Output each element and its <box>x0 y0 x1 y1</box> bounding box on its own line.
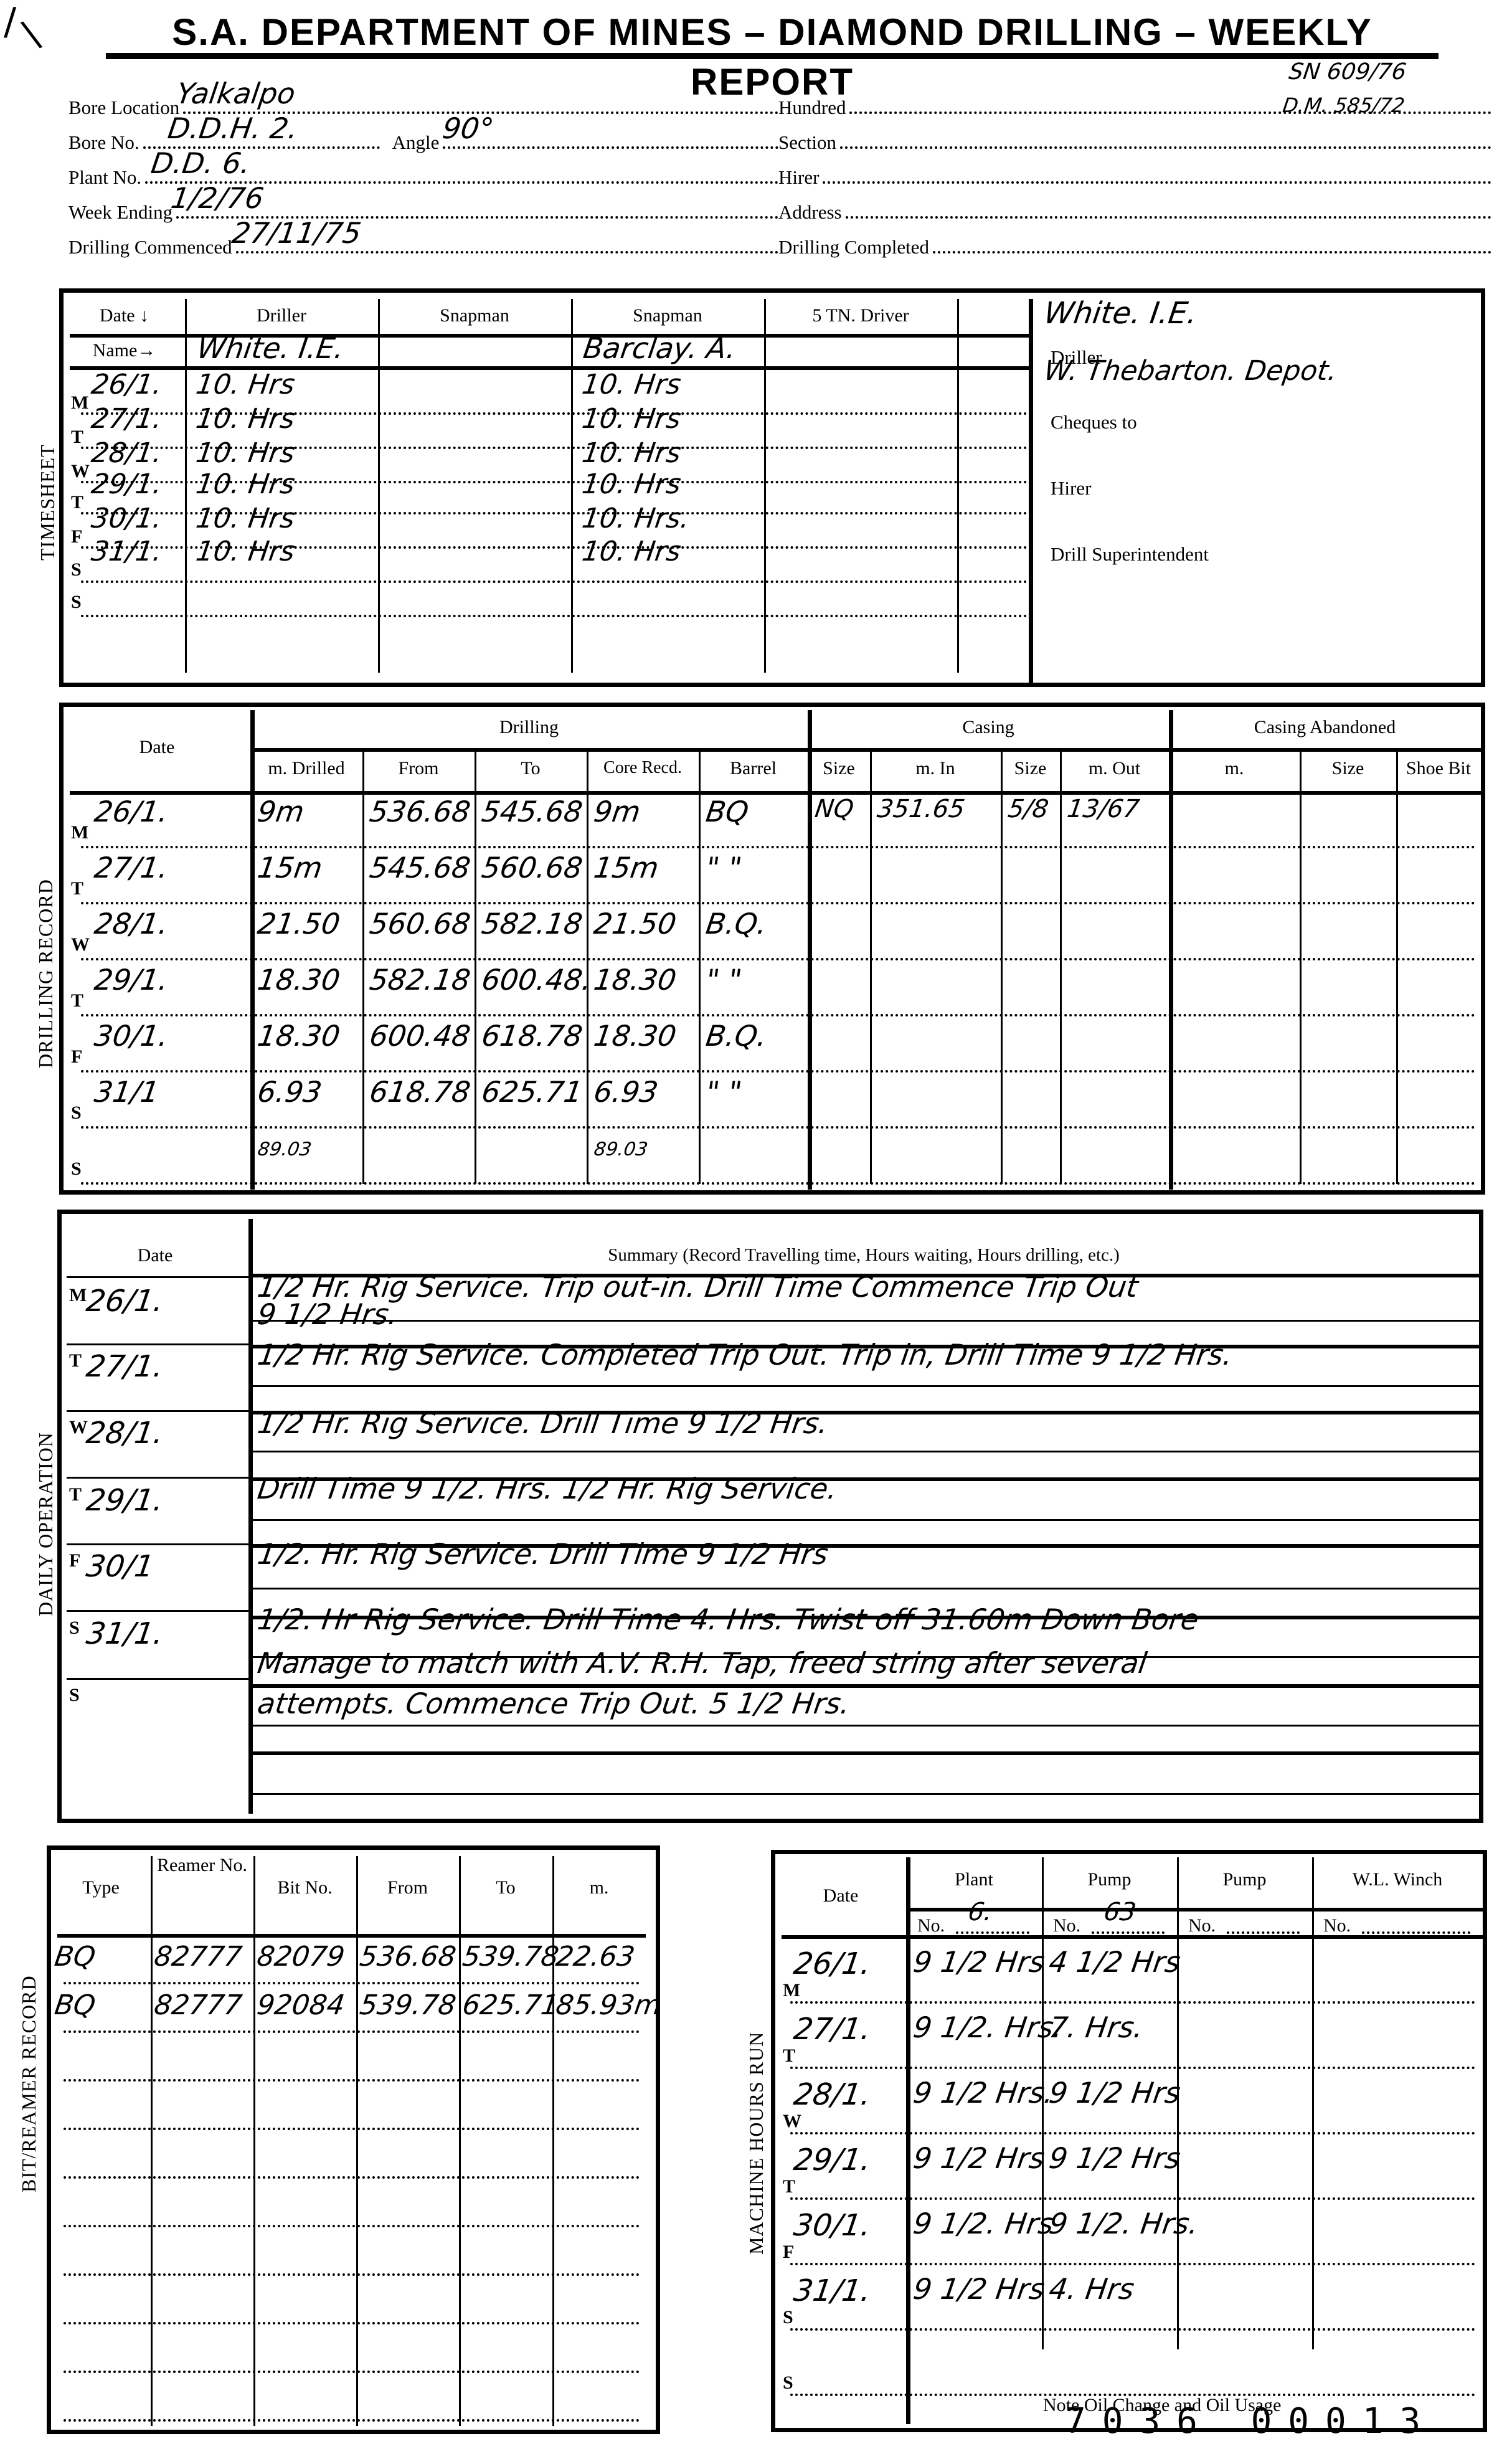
drilling-col-header: Barrel <box>699 758 808 780</box>
drilling-date[interactable]: 26/1. <box>92 795 171 828</box>
operation-date[interactable]: 26/1. <box>84 1284 166 1319</box>
field-hirer[interactable]: Hirer <box>778 154 1491 189</box>
grid-line <box>1001 748 1003 1184</box>
grid-line <box>57 1934 646 1938</box>
drilling-cell[interactable]: 6.93 <box>255 1075 324 1109</box>
driller-hours[interactable]: 10. Hrs <box>194 369 296 400</box>
dotted-rule <box>64 2128 640 2130</box>
operation-date[interactable]: 28/1. <box>84 1416 166 1451</box>
dotted-rule <box>64 2176 640 2179</box>
weekday-label: T <box>69 1484 82 1505</box>
drilling-cell[interactable]: NQ <box>813 795 856 823</box>
weekday-label: S <box>783 2372 793 2394</box>
drilling-date[interactable]: 29/1. <box>92 963 171 997</box>
bit-reamer-cell[interactable]: 82777 <box>152 1989 243 2021</box>
bit-reamer-cell[interactable]: 539.78 <box>460 1941 560 1973</box>
dotted-rule <box>1092 1931 1165 1934</box>
weekday-label: M <box>71 392 88 414</box>
dotted-rule <box>64 2273 640 2276</box>
drilling-cell[interactable]: 600.48. <box>480 963 593 997</box>
dotted-rule <box>64 2322 640 2324</box>
daily-operation-section: DateSummary (Record Travelling time, Hou… <box>57 1210 1483 1823</box>
timesheet-col-header: 5 TN. Driver <box>764 305 957 327</box>
drilling-commenced-value[interactable]: 27/11/75 <box>230 216 363 250</box>
drilling-col-header: Core Recd. <box>587 758 699 778</box>
machine-hours-cell[interactable]: 7. Hrs. <box>1047 2011 1145 2044</box>
weekday-label: S <box>71 1102 82 1124</box>
machine-hours-cell[interactable]: 9 1/2 Hrs <box>1047 2141 1183 2175</box>
bit-reamer-cell[interactable]: 625.71 <box>460 1989 560 2021</box>
drilling-cell[interactable]: 560.68 <box>480 851 585 884</box>
weekday-label: W <box>783 2111 801 2132</box>
driller-hours[interactable]: 10. Hrs <box>194 403 296 435</box>
machine-hours-cell[interactable]: 9 1/2. Hrs <box>911 2207 1056 2240</box>
machine-col-header: W.L. Winch <box>1312 1869 1483 1891</box>
grid-line <box>67 1276 248 1278</box>
machine-date[interactable]: 27/1. <box>791 2012 873 2047</box>
weekday-label: F <box>71 526 82 547</box>
dotted-rule <box>64 2225 640 2227</box>
bit-reamer-cell[interactable]: 22.63 <box>554 1941 636 1973</box>
drilling-cell[interactable]: 89.03 <box>257 1139 313 1160</box>
drilling-cell[interactable]: 21.50 <box>255 907 342 940</box>
drilling-col-header: m. Drilled <box>250 758 362 780</box>
driller-hours[interactable]: 10. Hrs <box>194 503 296 534</box>
dotted-rule <box>956 1931 1029 1934</box>
bore-no-value[interactable]: D.D.H. 2. <box>166 111 300 145</box>
machine-hours-cell[interactable]: 9 1/2 Hrs <box>1047 2076 1183 2110</box>
drilling-date[interactable]: 27/1. <box>92 851 171 884</box>
machine-col-header: Pump <box>1042 1869 1177 1891</box>
dotted-rule <box>64 2371 640 2373</box>
grid-line <box>1396 748 1398 1184</box>
weekday-label: T <box>71 427 83 448</box>
info-driller-value[interactable]: White. I.E. <box>1042 296 1199 331</box>
bore-location-value[interactable]: Yalkalpo <box>174 77 297 110</box>
dotted-rule <box>81 1182 1476 1185</box>
grid-line <box>356 1856 358 2426</box>
summary-line[interactable]: attempts. Commence Trip Out. 5 1/2 Hrs. <box>255 1687 852 1720</box>
weekday-label: M <box>783 1980 800 2001</box>
weekday-label: T <box>71 990 83 1011</box>
dotted-rule <box>1227 1931 1300 1934</box>
weekday-label: F <box>783 2242 794 2263</box>
bit-reamer-col-header: Type <box>51 1877 151 1899</box>
bit-reamer-cell[interactable]: 92084 <box>255 1989 346 2021</box>
drilling-cell[interactable]: 545.68 <box>480 795 585 828</box>
bit-reamer-section-label: BIT/REAMER RECORD <box>17 1975 40 2192</box>
grid-line <box>1312 1857 1314 2349</box>
weekday-label: F <box>69 1550 80 1571</box>
machine-date[interactable]: 29/1. <box>791 2143 873 2177</box>
dotted-rule <box>81 902 1476 904</box>
grid-line <box>248 1725 1479 1727</box>
weekday-label: T <box>69 1350 82 1371</box>
machine-col-no-label: No. <box>1323 1915 1351 1936</box>
dotted-rule <box>81 1126 1476 1129</box>
bit-reamer-col-header: Bit No. <box>253 1877 356 1899</box>
dotted-rule <box>81 958 1476 960</box>
timesheet-date[interactable]: 26/1. <box>89 369 164 400</box>
timesheet-col-header: Date ↓ <box>64 305 185 327</box>
bit-reamer-col-header: Reamer No. <box>151 1855 253 1877</box>
dotted-rule <box>81 846 1476 848</box>
drilling-group-header: Drilling <box>250 717 808 739</box>
grid-line <box>67 1410 248 1412</box>
machine-date[interactable]: 28/1. <box>791 2077 873 2112</box>
grid-line <box>248 1588 1479 1589</box>
drilling-cell[interactable]: 9m <box>255 795 306 828</box>
machine-col-no-label: No. <box>1053 1915 1080 1936</box>
operation-date[interactable]: 27/1. <box>84 1349 166 1384</box>
snapman2-hours[interactable]: 10. Hrs <box>580 437 683 469</box>
dotted-rule <box>64 2030 640 2033</box>
dotted-rule <box>64 1982 640 1984</box>
drilling-cell[interactable]: 18.30 <box>592 1019 678 1053</box>
weekday-label: S <box>69 1685 80 1706</box>
info-superintendent-label: Drill Superintendent <box>1051 543 1209 566</box>
drilling-cell[interactable]: 600.48 <box>367 1019 473 1053</box>
dotted-rule <box>1362 1931 1470 1934</box>
machine-date[interactable]: 31/1. <box>791 2273 873 2308</box>
field-hundred[interactable]: Hundred <box>778 84 1491 119</box>
grid-line <box>248 1320 1479 1322</box>
operation-date[interactable]: 29/1. <box>84 1483 166 1518</box>
grid-line <box>67 1343 248 1345</box>
grid-line <box>151 1856 153 2426</box>
drilling-cell[interactable]: 5/8 <box>1006 795 1051 823</box>
dotted-rule <box>790 2328 1475 2331</box>
grid-line <box>67 1543 248 1545</box>
machine-hours-cell[interactable]: 9 1/2 Hrs <box>911 1945 1047 1979</box>
weekday-label: W <box>69 1417 88 1438</box>
drilling-date[interactable]: 30/1. <box>92 1019 171 1053</box>
weekday-label: S <box>71 559 82 580</box>
weekday-label: M <box>69 1285 87 1306</box>
timesheet-name[interactable]: Barclay. A. <box>581 331 738 365</box>
snapman2-hours[interactable]: 10. Hrs <box>580 468 683 500</box>
grid-line <box>1300 748 1302 1184</box>
dotted-rule <box>81 580 1028 583</box>
document-number: 7036 00013 <box>1065 2401 1437 2442</box>
weekday-label: S <box>71 1158 82 1180</box>
grid-line <box>475 748 476 1184</box>
bit-reamer-section: TypeReamer No.Bit No.FromTom.BQ827778207… <box>47 1845 660 2434</box>
summary-line[interactable]: 1/2 Hr. Rig Service. Drill Time 9 1/2 Hr… <box>255 1406 830 1440</box>
grid-line <box>362 748 364 1184</box>
drilling-cell[interactable]: 15m <box>592 851 661 884</box>
field-section[interactable]: Section <box>778 119 1491 154</box>
machine-col-header: Plant <box>906 1869 1042 1891</box>
timesheet-col-header: Snapman <box>571 305 764 327</box>
drilling-col-header: Size <box>1300 758 1396 780</box>
drilling-cell[interactable]: 351.65 <box>876 795 966 823</box>
weekday-label: F <box>71 1046 82 1068</box>
drilling-cell[interactable]: B.Q. <box>704 1019 769 1053</box>
drilling-cell[interactable]: 625.71 <box>480 1075 585 1109</box>
drilling-col-header: m. Out <box>1060 758 1169 780</box>
grid-line <box>250 710 255 1190</box>
dotted-rule <box>790 2197 1475 2200</box>
drilling-date[interactable]: 31/1 <box>92 1075 161 1109</box>
drilling-col-header: From <box>362 758 475 780</box>
weekday-label: S <box>69 1618 80 1639</box>
drilling-cell[interactable]: 6.93 <box>592 1075 660 1109</box>
drilling-cell[interactable]: " " <box>704 963 744 997</box>
bit-reamer-col-header: To <box>459 1877 552 1899</box>
machine-no-value[interactable]: 6. <box>966 1898 995 1926</box>
machine-no-value[interactable]: 63 <box>1102 1898 1138 1926</box>
machine-date[interactable]: 30/1. <box>791 2208 873 2243</box>
drilling-record-section: DateDrillingCasingCasing Abandonedm. Dri… <box>59 703 1485 1195</box>
grid-line <box>1029 299 1033 683</box>
machine-hours-section-label: MACHINE HOURS RUN <box>745 2032 768 2255</box>
casing-abandoned-group-header: Casing Abandoned <box>1169 717 1481 739</box>
timesheet-date[interactable]: 28/1. <box>89 437 164 469</box>
bit-reamer-col-header: From <box>356 1877 459 1899</box>
drilling-cell[interactable]: 582.18 <box>367 963 473 997</box>
timesheet-section-label: TIMESHEET <box>36 444 59 561</box>
snapman2-hours[interactable]: 10. Hrs. <box>580 503 691 534</box>
grid-line <box>1169 710 1173 1190</box>
dotted-rule <box>790 2263 1475 2265</box>
dotted-rule <box>81 615 1028 617</box>
grid-line <box>248 1519 1479 1521</box>
drilling-cell[interactable]: 9m <box>592 795 643 828</box>
field-drilling-commenced[interactable]: Drilling Commenced 27/11/75 <box>69 224 778 258</box>
grid-line <box>870 748 872 1184</box>
drilling-cell[interactable]: 13/67 <box>1065 795 1141 823</box>
timesheet-date[interactable]: 27/1. <box>89 403 164 435</box>
drilling-cell[interactable]: 18.30 <box>592 963 678 997</box>
timesheet-section: Date ↓DrillerSnapmanSnapman5 TN. DriverN… <box>59 288 1485 687</box>
dotted-rule <box>790 2001 1475 2004</box>
machine-hours-cell[interactable]: 9 1/2. Hrs. <box>1047 2207 1201 2240</box>
casing-group-header: Casing <box>808 717 1169 739</box>
weekday-label: S <box>783 2307 793 2328</box>
summary-line[interactable]: Manage to match with A.V. R.H. Tap, free… <box>255 1646 1149 1680</box>
date-header: Date <box>62 1245 248 1267</box>
drilling-cell[interactable]: 15m <box>255 851 324 884</box>
plant-no-value[interactable]: D.D. 6. <box>149 146 252 180</box>
field-drilling-completed[interactable]: Drilling Completed <box>778 224 1491 258</box>
grid-line <box>459 1856 461 2426</box>
grid-line <box>248 1451 1479 1452</box>
drilling-cell[interactable]: 18.30 <box>255 963 342 997</box>
timesheet-date[interactable]: 30/1. <box>89 503 164 534</box>
bit-reamer-cell[interactable]: BQ <box>52 1989 97 2021</box>
grid-line <box>808 710 812 1190</box>
grid-line <box>67 1678 248 1680</box>
driller-hours[interactable]: 10. Hrs <box>194 468 296 500</box>
weekday-label: T <box>783 2176 795 2197</box>
operation-date[interactable]: 31/1. <box>84 1616 166 1651</box>
weekday-label: M <box>71 822 88 843</box>
drilling-cell[interactable]: BQ <box>704 795 750 828</box>
field-address[interactable]: Address <box>778 189 1491 224</box>
drilling-cell[interactable]: " " <box>704 1075 744 1109</box>
bit-reamer-cell[interactable]: 82079 <box>255 1941 346 1973</box>
drilling-col-header: m. In <box>870 758 1001 780</box>
driller-hours[interactable]: 10. Hrs <box>194 536 296 567</box>
margin-mark: / <box>4 0 16 44</box>
timesheet-col-header: Snapman <box>378 305 571 327</box>
dotted-rule <box>790 2067 1475 2069</box>
timesheet-date[interactable]: 31/1. <box>89 536 164 567</box>
drilling-date[interactable]: 28/1. <box>92 907 171 940</box>
grid-line <box>67 1477 248 1479</box>
grid-line <box>67 1610 248 1612</box>
grid-line <box>699 748 701 1184</box>
drilling-cell[interactable]: 21.50 <box>592 907 678 940</box>
summary-line[interactable]: 1/2. Hr. Rig Service. Drill Time 9 1/2 H… <box>255 1537 830 1571</box>
field-week-ending[interactable]: Week Ending 1/2/76 <box>69 189 778 224</box>
grid-line <box>248 1793 1479 1795</box>
daily-operation-section-label: DAILY OPERATION <box>34 1432 57 1616</box>
header-left-fields: Bore Location Yalkalpo Bore No. D.D.H. 2… <box>69 84 778 258</box>
snapman2-hours[interactable]: 10. Hrs <box>580 403 683 435</box>
machine-hours-section: DatePlantNo.6.PumpNo.63PumpNo.W.L. Winch… <box>771 1850 1487 2432</box>
bit-reamer-cell[interactable]: 539.78 <box>357 1989 458 2021</box>
drilling-cell[interactable]: 545.68 <box>367 851 473 884</box>
drilling-col-header: Size <box>1001 758 1060 780</box>
drilling-col-header: Shoe Bit <box>1396 758 1481 780</box>
dotted-rule <box>81 1014 1476 1016</box>
info-hirer-label: Hirer <box>1051 477 1091 500</box>
drilling-col-header: m. <box>1169 758 1300 780</box>
date-header: Date <box>775 1885 906 1907</box>
grid-line <box>253 1856 255 2426</box>
snapman2-hours[interactable]: 10. Hrs <box>580 536 683 567</box>
drilling-col-header: To <box>475 758 587 780</box>
weekday-label: T <box>71 878 83 899</box>
weekday-label: W <box>71 461 90 482</box>
drilling-cell[interactable]: 582.18 <box>480 907 585 940</box>
header-right-fields: Hundred Section Hirer Address Drilling C… <box>778 84 1491 258</box>
weekday-label: W <box>71 934 90 955</box>
drilling-cell[interactable]: " " <box>704 851 744 884</box>
drilling-cell[interactable]: 560.68 <box>367 907 473 940</box>
machine-col-no-label: No. <box>1188 1915 1216 1936</box>
timesheet-col-header: Driller <box>185 305 378 327</box>
timesheet-date[interactable]: 29/1. <box>89 468 164 500</box>
machine-hours-cell[interactable]: 9 1/2. Hrs. <box>911 2011 1065 2044</box>
drilling-cell[interactable]: 618.78 <box>480 1019 585 1053</box>
drilling-cell[interactable]: 18.30 <box>255 1019 342 1053</box>
machine-hours-cell[interactable]: 9 1/2 Hrs <box>911 2272 1047 2306</box>
summary-line[interactable]: Drill Time 9 1/2. Hrs. 1/2 Hr. Rig Servi… <box>255 1472 839 1505</box>
machine-col-header: Pump <box>1177 1869 1312 1891</box>
date-header: Date <box>64 737 250 759</box>
grid-line <box>782 1935 1483 1939</box>
machine-hours-cell[interactable]: 4. Hrs <box>1047 2272 1136 2306</box>
info-cheques-label: Cheques to <box>1051 411 1137 433</box>
weekday-label: S <box>71 592 82 613</box>
drilling-cell[interactable]: 536.68 <box>367 795 473 828</box>
drilling-cell[interactable]: 618.78 <box>367 1075 473 1109</box>
bit-reamer-col-header: m. <box>552 1877 646 1899</box>
bit-reamer-cell[interactable]: BQ <box>52 1941 97 1973</box>
grid-line <box>906 1857 910 2424</box>
bit-reamer-cell[interactable]: 82777 <box>152 1941 243 1973</box>
summary-line[interactable]: 1/2 Hr. Rig Service. Completed Trip Out.… <box>255 1338 1235 1371</box>
machine-date[interactable]: 26/1. <box>791 1946 873 1981</box>
dotted-rule <box>790 2132 1475 2134</box>
operation-date[interactable]: 30/1 <box>84 1549 156 1584</box>
bit-reamer-cell[interactable]: 85.93m <box>554 1989 663 2021</box>
drilling-record-section-label: DRILLING RECORD <box>34 879 57 1068</box>
weekday-label: T <box>783 2045 795 2067</box>
drilling-cell[interactable]: 89.03 <box>593 1139 650 1160</box>
machine-hours-cell[interactable]: 9 1/2 Hrs. <box>911 2076 1056 2110</box>
angle-value[interactable]: 90° <box>441 111 496 145</box>
grid-line <box>1060 748 1062 1184</box>
info-cheques-value[interactable]: W. Thebarton. Depot. <box>1042 355 1339 387</box>
driller-hours[interactable]: 10. Hrs <box>194 437 296 469</box>
dotted-rule <box>64 2419 640 2422</box>
grid-line <box>248 1385 1479 1387</box>
weekday-label: T <box>71 492 83 513</box>
bit-reamer-cell[interactable]: 536.68 <box>357 1941 458 1973</box>
week-ending-value[interactable]: 1/2/76 <box>169 181 266 215</box>
machine-col-no-label: No. <box>917 1915 945 1936</box>
margin-mark: \ <box>18 12 45 57</box>
snapman2-hours[interactable]: 10. Hrs <box>580 369 683 400</box>
dotted-rule <box>81 1070 1476 1073</box>
drilling-col-header: Size <box>808 758 870 780</box>
summary-line[interactable]: 1/2. Hr Rig Service. Drill Time 4. Hrs. … <box>255 1603 1201 1636</box>
timesheet-name[interactable]: White. I.E. <box>195 331 346 365</box>
machine-hours-cell[interactable]: 9 1/2 Hrs <box>911 2141 1047 2175</box>
title-underline <box>106 53 1439 59</box>
drilling-cell[interactable]: B.Q. <box>704 907 769 940</box>
machine-hours-cell[interactable]: 4 1/2 Hrs <box>1047 1945 1183 1979</box>
summary-line[interactable]: 9 1/2 Hrs. <box>255 1297 400 1331</box>
name-row-label: Name→ <box>64 340 185 362</box>
dotted-rule <box>64 2079 640 2082</box>
grid-line <box>250 748 1481 752</box>
summary-header: Summary (Record Travelling time, Hours w… <box>248 1245 1479 1266</box>
grid-line <box>248 1751 1479 1755</box>
annotation-sn: SN 609/76 <box>1287 59 1408 85</box>
